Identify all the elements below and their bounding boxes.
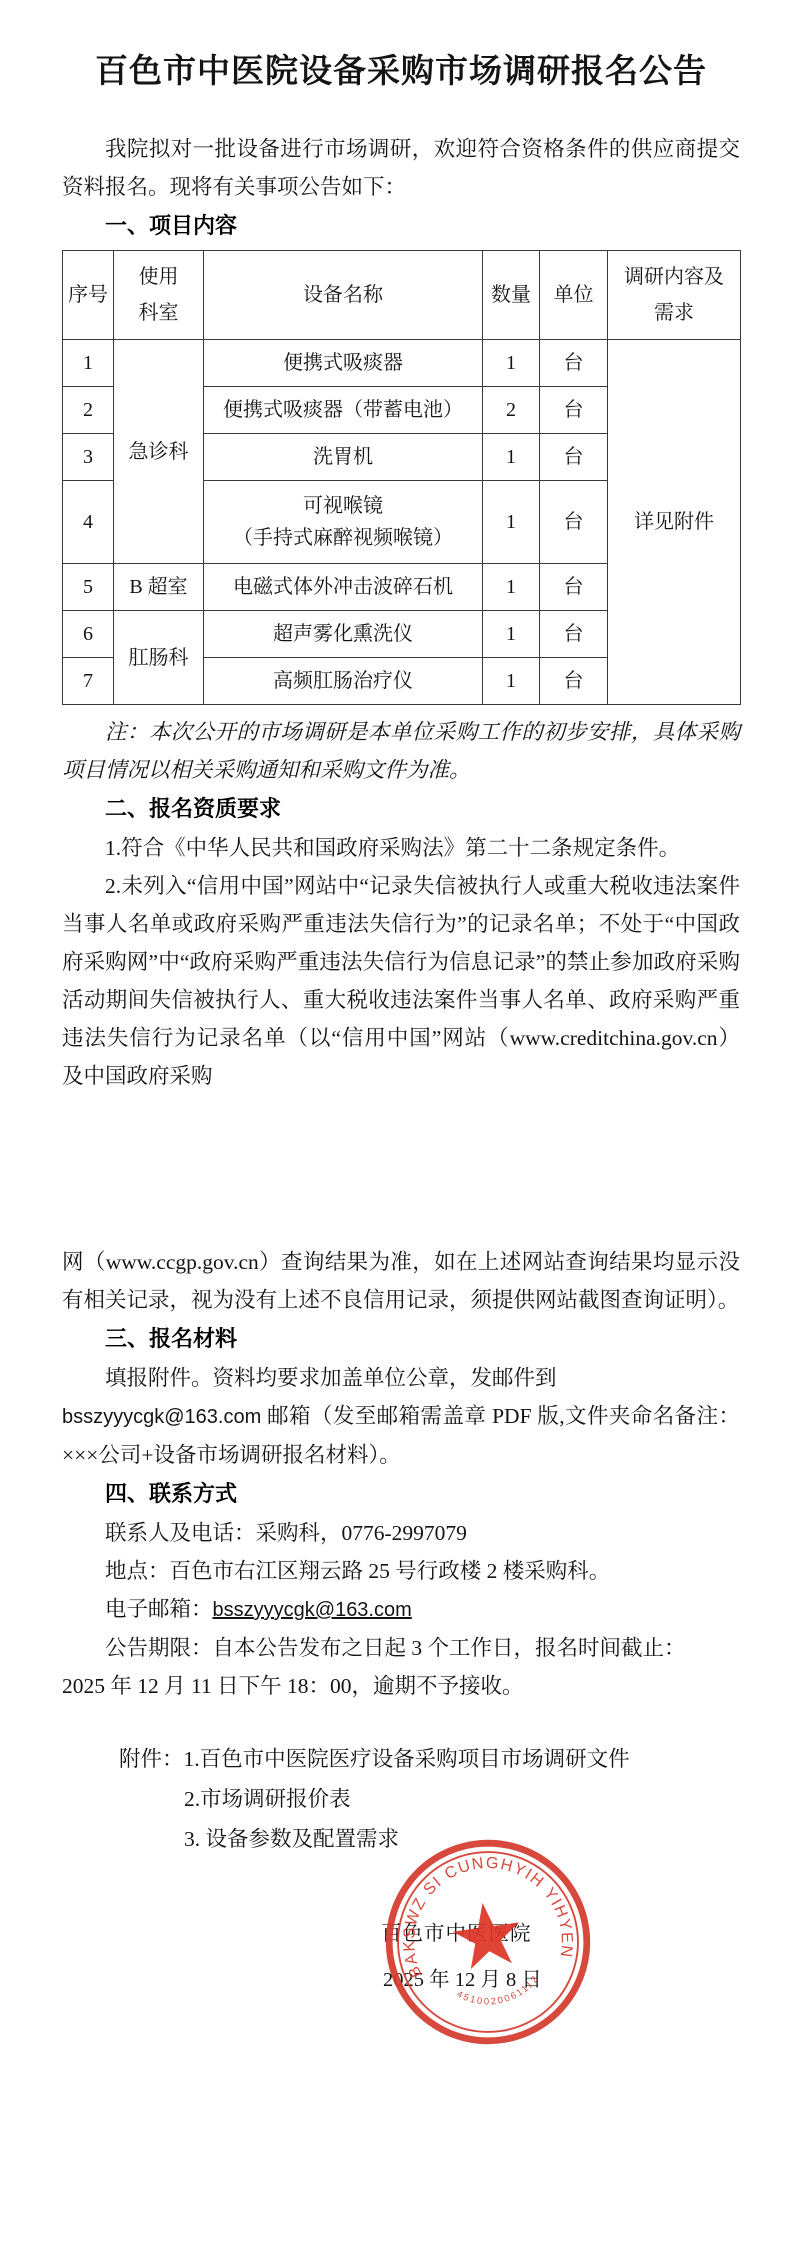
table-row: 1 急诊科 便携式吸痰器 1 台 详见附件 xyxy=(63,340,741,387)
deadline-line2: 2025 年 12 月 11 日下午 18：00，逾期不予接收。 xyxy=(62,1667,740,1705)
contact-email-line: 电子邮箱：bsszyyycgk@163.com xyxy=(62,1590,740,1629)
research-note-cell: 详见附件 xyxy=(608,340,741,705)
announcement-page: 百色市中医院设备采购市场调研报名公告 我院拟对一批设备进行市场调研，欢迎符合资格… xyxy=(0,0,800,2260)
header-no: 序号 xyxy=(63,251,114,340)
section-heading-contact: 四、联系方式 xyxy=(62,1474,740,1514)
page-content: 百色市中医院设备采购市场调研报名公告 我院拟对一批设备进行市场调研，欢迎符合资格… xyxy=(0,0,800,1859)
dept-cell-ultrasound: B 超室 xyxy=(114,564,204,611)
materials-email: bsszyyycgk@163.com xyxy=(62,1406,261,1428)
dept-cell-emergency: 急诊科 xyxy=(114,340,204,564)
signature-date: 2025 年 12 月 8 日 xyxy=(383,1962,542,1992)
page-break-gap xyxy=(62,1095,740,1243)
contact-phone: 联系人及电话：采购科，0776-2997079 xyxy=(62,1514,740,1552)
section-heading-qualification: 二、报名资质要求 xyxy=(62,789,740,829)
header-dept: 使用 科室 xyxy=(114,251,204,340)
header-qty: 数量 xyxy=(483,251,540,340)
qualification-item2-part1: 2.未列入“信用中国”网站中“记录失信被执行人或重大税收违法案件当事人名单或政府… xyxy=(62,867,740,1095)
section-heading-materials: 三、报名材料 xyxy=(62,1319,740,1359)
attachment-line2: 2.市场调研报价表 xyxy=(119,1779,740,1819)
dept-cell-proctology: 肛肠科 xyxy=(114,611,204,705)
attachments-block: 附件：1.百色市中医院医疗设备采购项目市场调研文件 2.市场调研报价表 3. 设… xyxy=(62,1739,740,1859)
qualification-item1: 1.符合《中华人民共和国政府采购法》第二十二条规定条件。 xyxy=(62,829,740,867)
signature-org: 百色市中医医院 xyxy=(381,1916,532,1946)
attachment-line3: 3. 设备参数及配置需求 xyxy=(119,1819,740,1859)
section-heading-project: 一、项目内容 xyxy=(62,206,740,246)
contact-address: 地点：百色市右江区翔云路 25 号行政楼 2 楼采购科。 xyxy=(62,1552,740,1590)
page-title: 百色市中医院设备采购市场调研报名公告 xyxy=(62,50,740,92)
header-name: 设备名称 xyxy=(204,251,483,340)
deadline-line1: 公告期限：自本公告发布之日起 3 个工作日，报名时间截止： xyxy=(62,1629,740,1667)
header-research: 调研内容及 需求 xyxy=(608,251,741,340)
table-note: 注：本次公开的市场调研是本单位采购工作的初步安排，具体采购项目情况以相关采购通知… xyxy=(62,713,740,789)
intro-paragraph: 我院拟对一批设备进行市场调研，欢迎符合资格条件的供应商提交资料报名。现将有关事项… xyxy=(62,130,740,206)
attachment-line1: 附件：1.百色市中医院医疗设备采购项目市场调研文件 xyxy=(119,1739,740,1779)
device-name-two-line: 可视喉镜 （手持式麻醉视频喉镜） xyxy=(204,481,483,564)
qualification-item2-part2: 网（www.ccgp.gov.cn）查询结果为准，如在上述网站查询结果均显示没有… xyxy=(62,1243,740,1319)
equipment-table: 序号 使用 科室 设备名称 数量 单位 调研内容及 需求 1 急诊科 xyxy=(62,250,741,705)
email-link[interactable]: bsszyyycgk@163.com xyxy=(213,1599,412,1621)
materials-rest: bsszyyycgk@163.com 邮箱（发至邮箱需盖章 PDF 版,文件夹命… xyxy=(62,1397,740,1474)
header-unit: 单位 xyxy=(540,251,608,340)
table-header-row: 序号 使用 科室 设备名称 数量 单位 调研内容及 需求 xyxy=(63,251,741,340)
materials-line1: 填报附件。资料均要求加盖单位公章，发邮件到 xyxy=(62,1359,740,1397)
